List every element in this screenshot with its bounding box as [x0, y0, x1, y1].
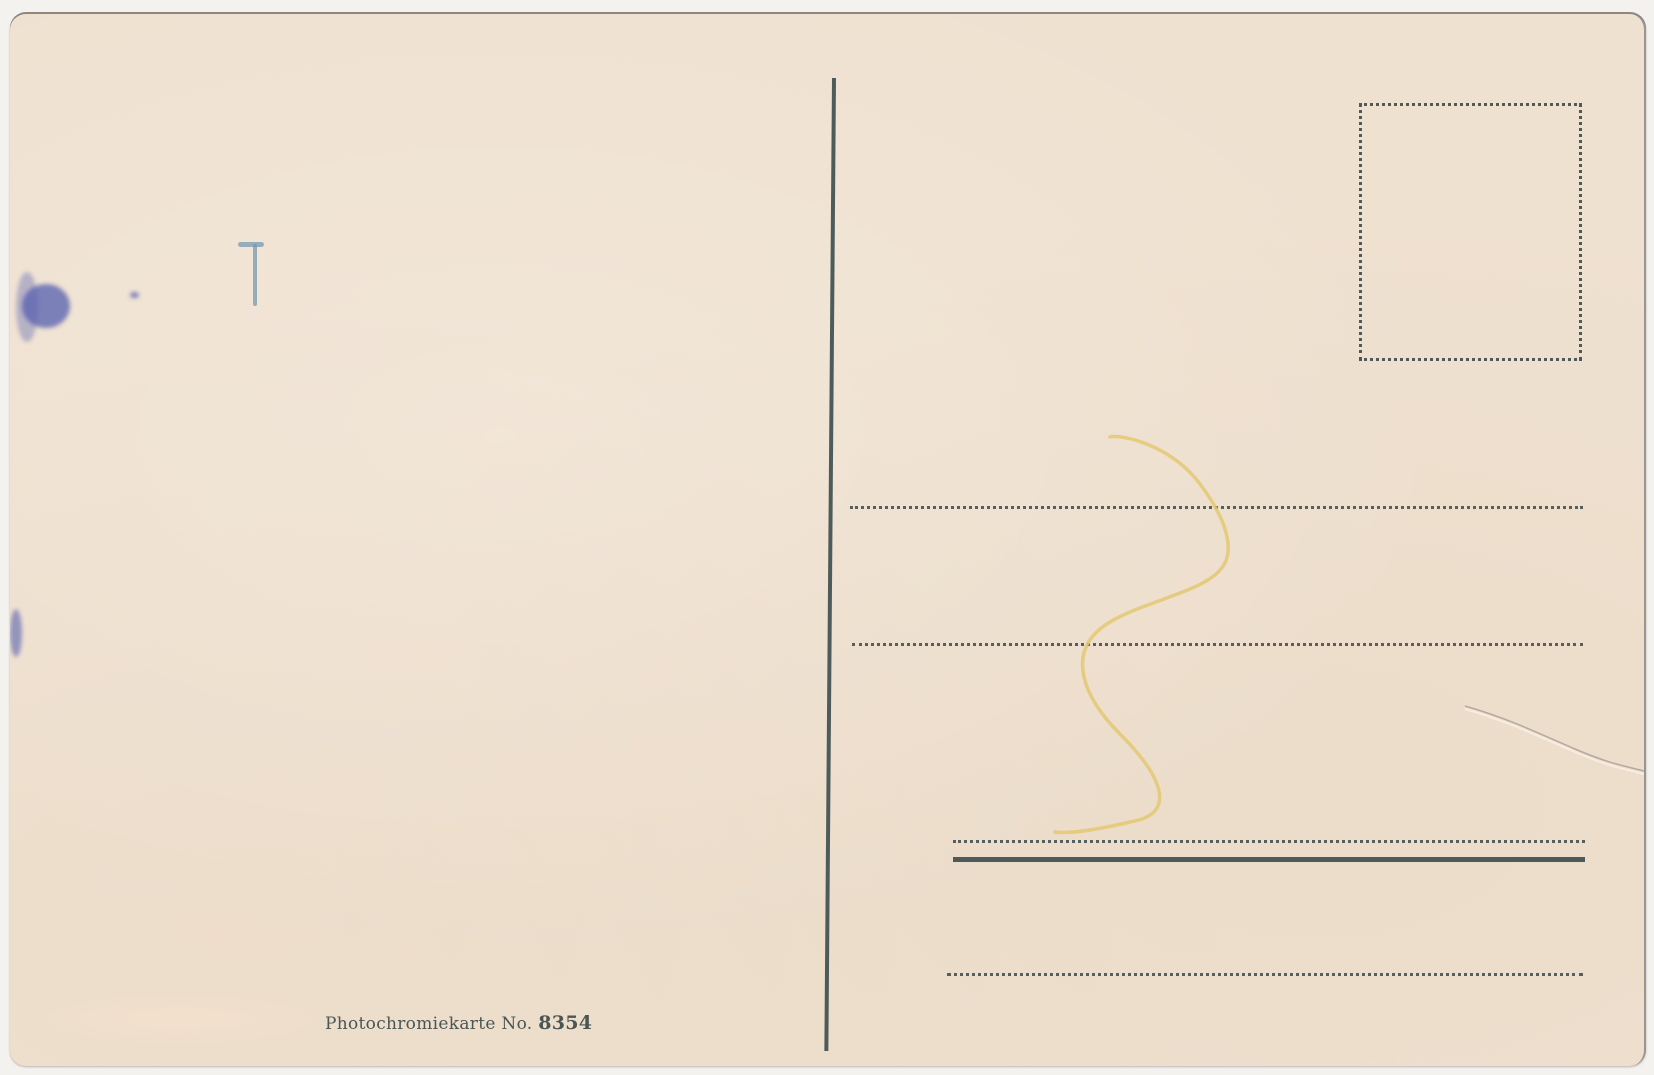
imprint-label: Photochromiekarte No.: [325, 1014, 533, 1034]
publisher-imprint: Photochromiekarte No. 8354: [325, 1012, 592, 1034]
imprint-number: 8354: [538, 1012, 592, 1034]
paper-crease: [10, 14, 1644, 1066]
postcard-back: Photochromiekarte No. 8354: [10, 14, 1646, 1066]
scan-background: Photochromiekarte No. 8354: [0, 0, 1654, 1075]
